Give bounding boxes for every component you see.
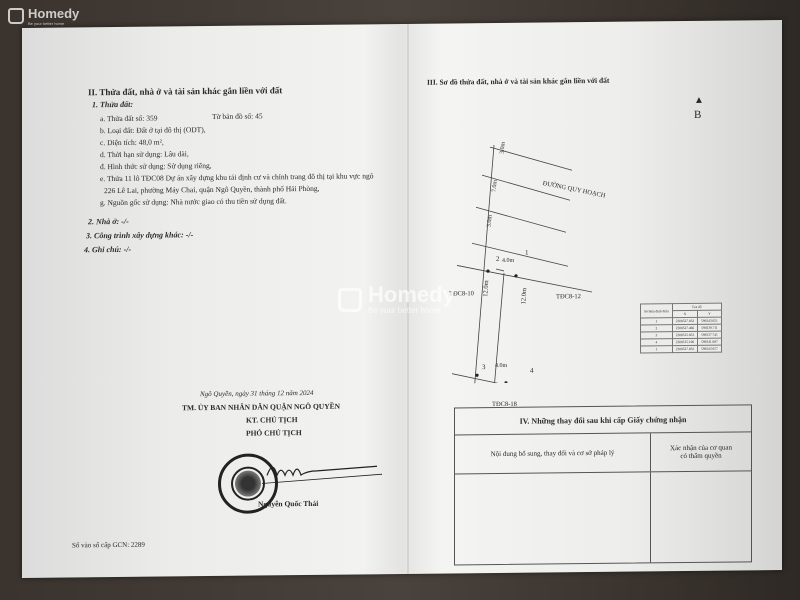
- land-heading: 1. Thửa đất:: [92, 100, 133, 109]
- dim-back: 4.0m: [495, 363, 507, 369]
- house-info: 2. Nhà ở: -/-: [88, 217, 129, 226]
- place-date: Ngô Quyền, ngày 31 tháng 12 năm 2024: [200, 389, 314, 398]
- land-location-1: e. Thửa 11 lô TĐC08 Dự án xây dựng khu t…: [100, 171, 373, 183]
- signature-mark: [262, 454, 392, 485]
- signer-name: Nguyễn Quốc Thái: [258, 499, 318, 509]
- changes-col-content: Nội dung bổ sung, thay đổi và cơ sở pháp…: [455, 433, 651, 473]
- land-area: c. Diện tích: 48,0 m²,: [100, 137, 164, 147]
- point-4: 4: [530, 367, 534, 375]
- land-location-2: 226 Lê Lai, phường Máy Chai, quận Ngô Qu…: [104, 184, 320, 195]
- dim-left: 12.0m: [482, 280, 490, 297]
- land-parcel-no: a. Thửa đất số: 359: [100, 114, 157, 124]
- logo-tagline: Be your better home: [28, 21, 79, 26]
- changes-body-content: [455, 472, 651, 564]
- coord-header-point: Số hiệu đỉnh thửa: [641, 304, 673, 318]
- coord-cell: 2308527.032: [672, 345, 697, 352]
- watermark-brand: Homedy: [368, 284, 455, 306]
- registry-number: Số vào sổ cấp GCN: 2289: [72, 541, 145, 550]
- coord-cell: 599243.657: [698, 345, 722, 352]
- changes-col-confirmation: Xác nhận của cơ quancó thẩm quyền: [651, 432, 751, 471]
- emblem-icon: [231, 466, 265, 500]
- homedy-logo: Homedy Be your better home: [8, 6, 79, 26]
- other-works-info: 3. Công trình xây dựng khác: -/-: [86, 230, 193, 240]
- neighbor-right: TĐC8-12: [556, 293, 581, 300]
- house-icon: [8, 8, 24, 24]
- north-arrow-icon: ▲: [694, 95, 704, 106]
- confirmation-label-2: có thẩm quyền: [670, 452, 732, 461]
- point-1: 1: [525, 249, 529, 257]
- dim-right: 12.0m: [520, 288, 528, 305]
- signer-role-1: KT. CHỦ TỊCH: [246, 415, 298, 425]
- dim-road-c: 3.0m: [486, 215, 493, 228]
- changes-table: IV. Những thay đổi sau khi cấp Giấy chứn…: [454, 404, 752, 565]
- logo-brand: Homedy: [28, 6, 79, 21]
- house-icon: [338, 288, 362, 312]
- land-origin: g. Nguồn gốc sử dụng: Nhà nước giao có t…: [100, 196, 287, 207]
- signer-role-2: PHÓ CHỦ TỊCH: [246, 428, 302, 438]
- dim-front: 4.0m: [502, 258, 514, 264]
- coord-cell: 1: [641, 346, 673, 353]
- land-usage-form: đ. Hình thức sử dụng: Sử dụng riêng,: [100, 161, 212, 171]
- issuing-org: TM. ỦY BAN NHÂN DÂN QUẬN NGÔ QUYỀN: [182, 402, 340, 413]
- coordinate-table: Số hiệu đỉnh thửa Tọa độ X Y 12308527.03…: [640, 303, 722, 354]
- section2-title: II. Thửa đất, nhà ở và tài sản khác gắn …: [88, 85, 282, 97]
- section4-title: IV. Những thay đổi sau khi cấp Giấy chứn…: [455, 405, 751, 435]
- point-2: 2: [496, 255, 500, 263]
- dim-road-b: 7.0m: [491, 180, 498, 193]
- table-row: 12308527.032599243.657: [641, 345, 722, 353]
- notes-info: 4. Ghi chú: -/-: [84, 245, 131, 254]
- parcel-diagram: [452, 142, 612, 384]
- land-type: b. Loại đất: Đất ở tại đô thị (ODT),: [100, 125, 206, 135]
- north-label: B: [694, 109, 701, 121]
- section3-title: III. Sơ đồ thửa đất, nhà ở và tài sản kh…: [427, 76, 609, 87]
- map-sheet-no: Tờ bản đồ số: 45: [212, 111, 263, 121]
- land-term: d. Thời hạn sử dụng: Lâu dài,: [100, 149, 189, 159]
- watermark-tagline: Be your better home: [368, 306, 455, 315]
- homedy-watermark: Homedy Be your better home: [338, 284, 455, 315]
- point-3: 3: [482, 363, 486, 371]
- dim-road-a: 3.0m: [499, 142, 506, 155]
